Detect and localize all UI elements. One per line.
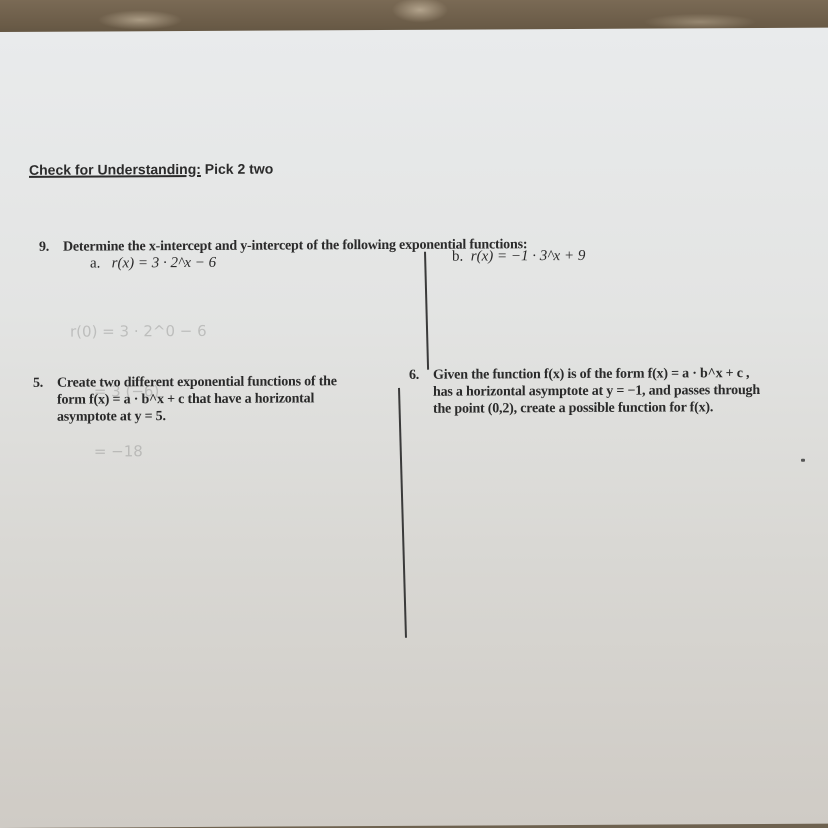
- function-9a: r(x) = 3 · 2^x − 6: [112, 255, 216, 272]
- question-5: 5.Create two different exponential funct…: [33, 373, 337, 426]
- worksheet-paper: Check for Understanding: Pick 2 two 9.De…: [0, 28, 828, 828]
- heading-rest: Pick 2 two: [201, 161, 273, 177]
- question-9b: b. r(x) = −1 · 3^x + 9: [452, 248, 585, 266]
- function-9b: r(x) = −1 · 3^x + 9: [471, 248, 586, 265]
- section-heading: Check for Understanding: Pick 2 two: [29, 161, 273, 178]
- question-9a: a. r(x) = 3 · 2^x − 6: [90, 255, 216, 273]
- pencil-mark: [801, 459, 805, 462]
- question-6: 6.Given the function f(x) is of the form…: [409, 365, 760, 418]
- heading-underlined: Check for Understanding:: [29, 161, 201, 178]
- divider-line-bottom: [398, 388, 407, 638]
- handwritten-work: r(0) = 3 · 2^0 − 6 = 3 (−6) = −18: [70, 280, 290, 356]
- divider-line-top: [424, 252, 429, 370]
